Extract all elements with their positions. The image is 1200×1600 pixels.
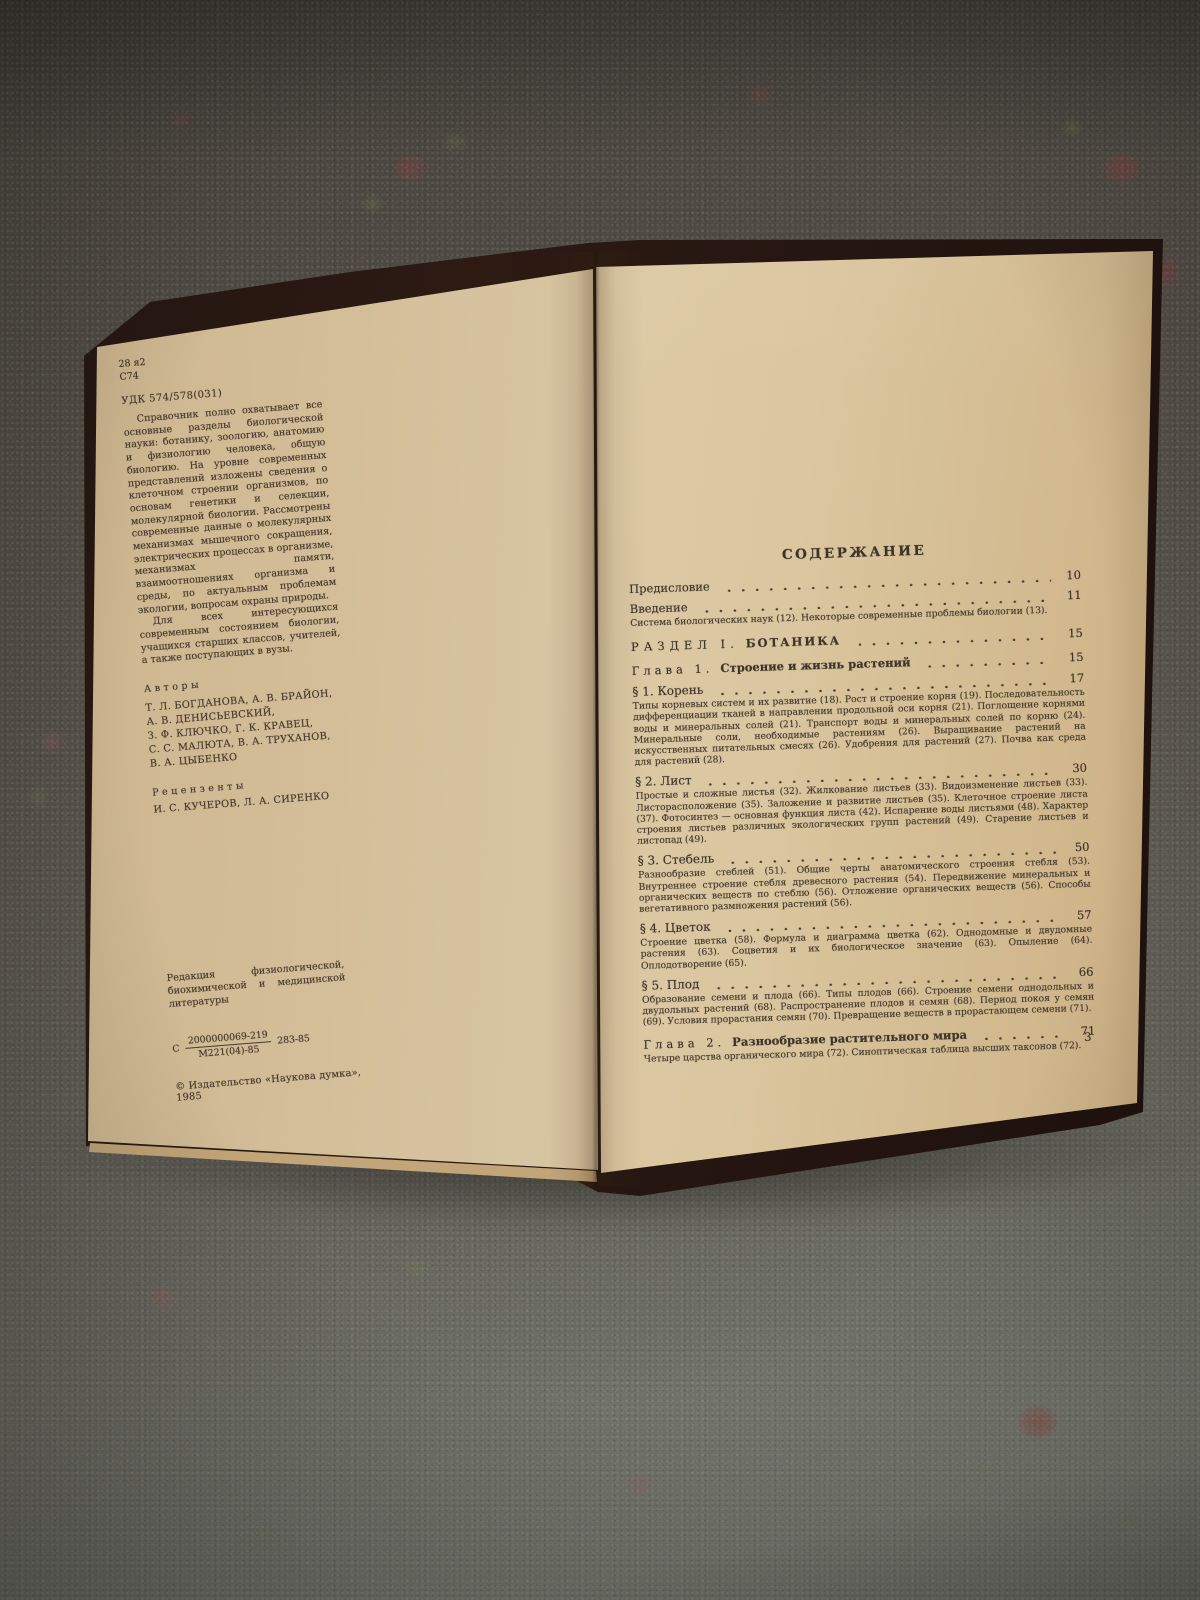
toc-entry-page: 15 [1061,650,1083,665]
toc-entry-label: Строение и жизнь растений [720,655,911,675]
annotation-paragraph: Справочник полно охватывает все основные… [122,399,337,617]
toc-entry-page: 57 [1069,908,1091,923]
toc-entry-label: Предисловие [629,579,710,596]
toc-entry-page: 15 [1061,626,1083,641]
toc-entry-label: § 5. Плод [641,977,699,993]
toc-entry-page: 10 [1059,568,1081,583]
toc-entry-label: § 4. Цветок [640,920,711,936]
toc-entry: РАЗДЕЛ I.БОТАНИКА 15 [631,626,1083,654]
toc-leader-dots [920,654,1053,668]
authors-list: Т. Л. БОГДАНОВА, А. В. БРАЙОН, А. В. ДЕН… [145,686,350,771]
toc-entry-page: 50 [1067,840,1089,855]
toc-entry-label: § 1. Корень [632,683,703,699]
toc-leader-dots [851,630,1053,646]
toc-entry-label: § 3. Стебель [637,852,714,868]
toc-entry-description: Типы корневых систем и их развитие (18).… [633,687,1087,768]
page-folio: 3 [1084,1030,1092,1044]
toc-entry-label: § 2. Лист [635,774,692,790]
toc-entry-label: БОТАНИКА [746,634,842,651]
table-of-contents: СОДЕРЖАНИЕ Предисловие 10 Введение 11 Си… [628,538,1096,1066]
toc-leader-dots [720,572,1052,592]
editorial-note: Редакция физиологической, биохимической … [166,959,346,1011]
toc-entry-page: 30 [1065,761,1087,776]
toc-entry-page: 66 [1071,964,1093,979]
toc-entry-page: 11 [1059,588,1081,603]
print-code-suffix: 283-85 [277,1034,310,1048]
annotation: Справочник полно охватывает все основные… [122,399,341,668]
toc-leader-dots [977,1028,1066,1041]
print-code-prefix: С [172,1044,180,1056]
print-code: С 2000000069-219 М221(04)-85 283-85 [171,1022,372,1063]
photo-of-open-book: { "colors":{ "fabric_dark":"#4e4a43","fa… [0,0,1200,1600]
toc-entry-page: 17 [1062,671,1084,686]
toc-entry-description: Простые и сложные листья (32). Жилковани… [636,777,1090,847]
print-code-fraction: 2000000069-219 М221(04)-85 [185,1030,273,1062]
toc-entry-label: Введение [630,600,688,616]
